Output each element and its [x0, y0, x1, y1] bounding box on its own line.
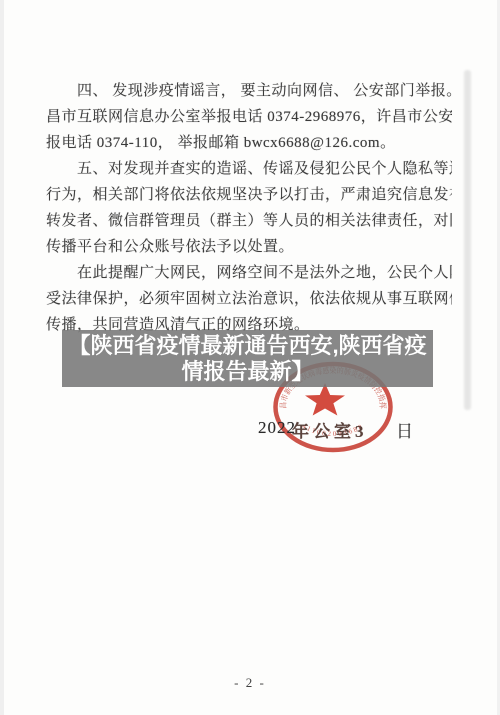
text-line: 五、对发现并查实的造谣、传谣及侵犯公民个人隐私等违法	[46, 156, 452, 182]
text-line: 报电话 0374-110， 举报邮箱 bwcx6688@126.com。	[46, 130, 452, 156]
headline-line-2: 情报告最新】	[181, 359, 313, 385]
text-line: 行为，相关部门将依法依规坚决予以打击，严肃追究信息发布者、	[46, 182, 452, 208]
scan-edge-left	[0, 0, 4, 715]
text-line: 在此提醒广大网民，网络空间不是法外之地，公民个人隐私	[46, 260, 452, 286]
text-line: 四、 发现涉疫情谣言， 要主动向网信、 公安部门举报。许	[46, 78, 452, 104]
date-fragment-year: 2022	[258, 418, 296, 438]
text-line: 转发者、微信群管理员（群主）等人员的相关法律责任，对网络	[46, 208, 452, 234]
text-line: 昌市互联网信息办公室举报电话 0374-2968976，许昌市公安局举	[46, 104, 452, 130]
text-line: 受法律保护，必须牢固树立法治意识，依法依规从事互联网信息	[46, 286, 452, 312]
headline-overlay: 【陕西省疫情最新通告西安,陕西省疫 情报告最新】	[62, 330, 433, 387]
text-line: 传播平台和公众账号依法予以处置。	[46, 234, 452, 260]
scan-shadow-right	[464, 70, 471, 410]
date-fragment-day: 日	[396, 417, 413, 442]
headline-line-1: 【陕西省疫情最新通告西安,陕西省疫	[68, 333, 426, 359]
document-page: 四、 发现涉疫情谣言， 要主动向网信、 公安部门举报。许昌市互联网信息办公室举报…	[0, 0, 500, 715]
red-star-icon	[305, 383, 345, 415]
document-body-text: 四、 发现涉疫情谣言， 要主动向网信、 公安部门举报。许昌市互联网信息办公室举报…	[46, 78, 452, 338]
date-fragment-overlapped: 年公室3	[292, 417, 368, 442]
page-number: - 2 -	[0, 675, 500, 691]
